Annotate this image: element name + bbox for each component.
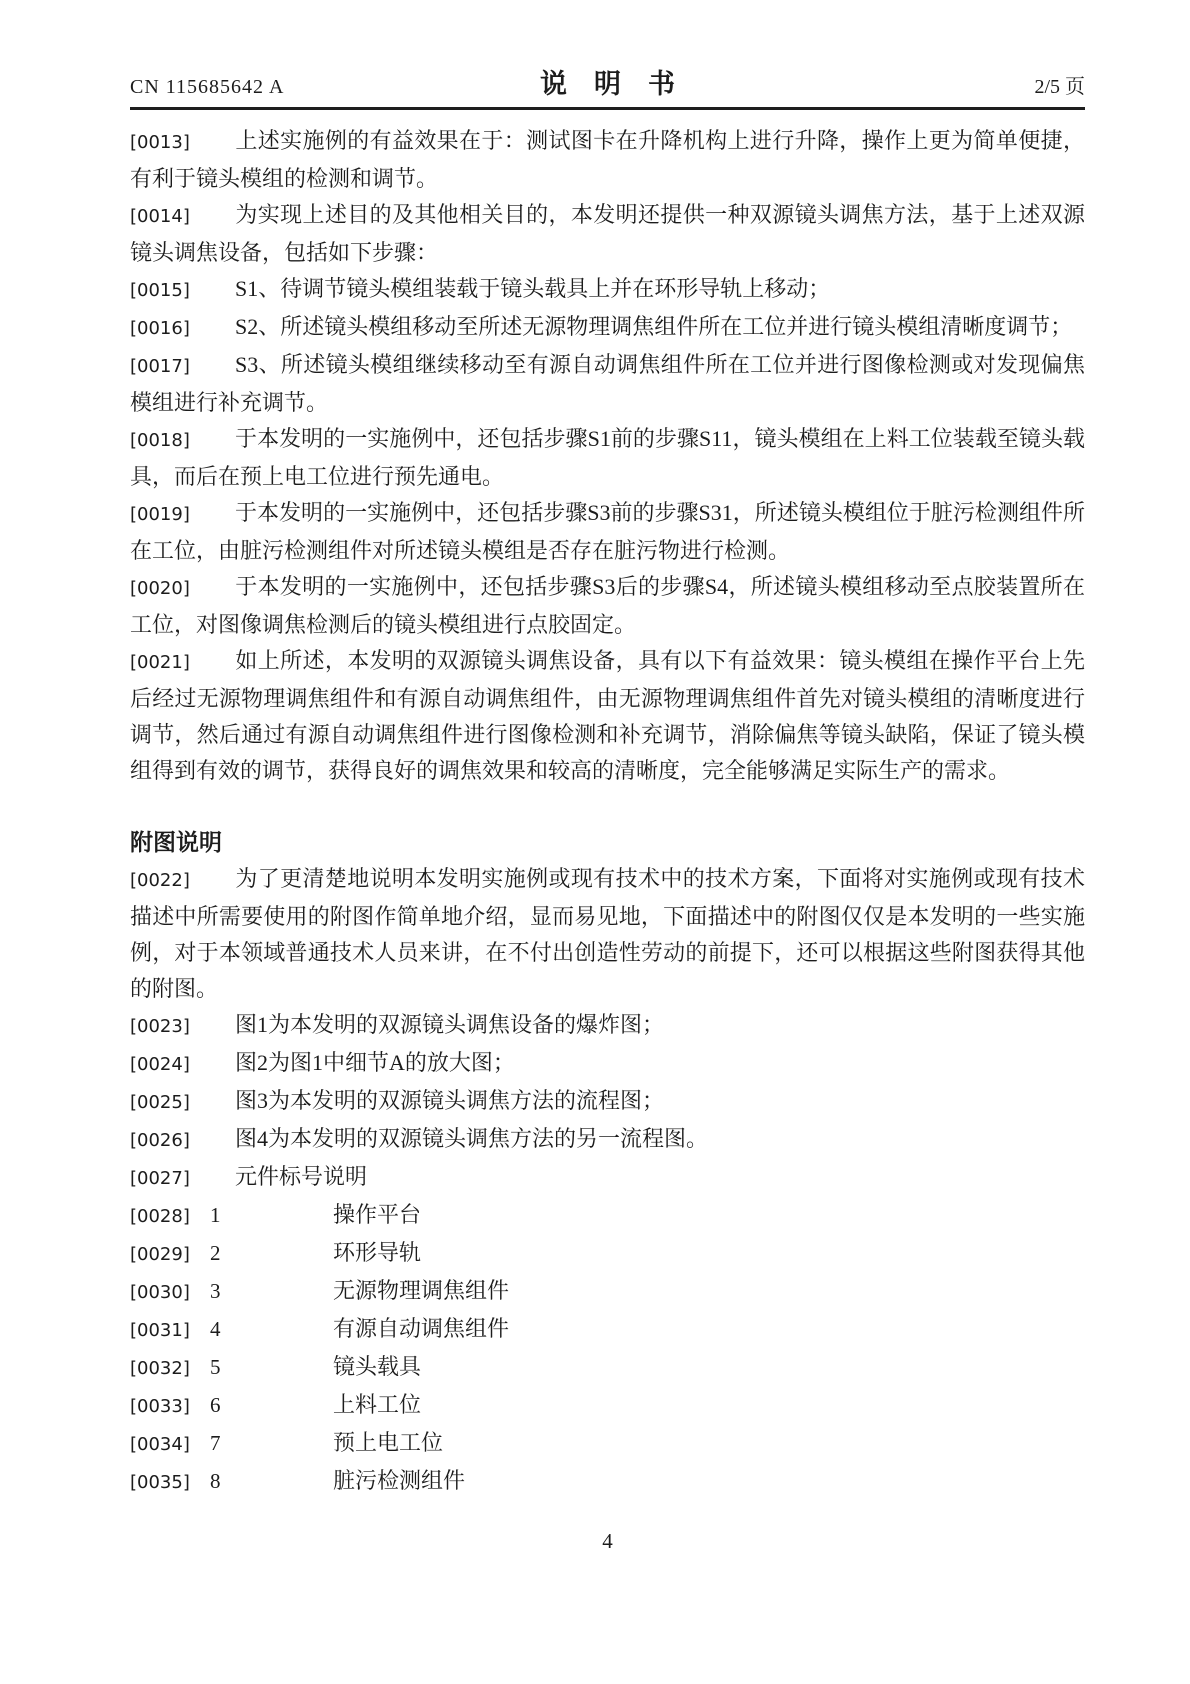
component-row-8: [0035]8脏污检测组件 (130, 1463, 1085, 1501)
patent-document-page: CN 115685642 A 说 明 书 2/5 页 [0013]上述实施例的有… (0, 0, 1190, 1684)
component-number: 3 (210, 1273, 333, 1309)
document-body: [0013]上述实施例的有益效果在于：测试图卡在升降机构上进行升降，操作上更为简… (130, 110, 1085, 1554)
component-row-7: [0034]7预上电工位 (130, 1425, 1085, 1463)
paragraph-text: S2、所述镜头模组移动至所述无源物理调焦组件所在工位并进行镜头模组清晰度调节； (235, 314, 1072, 339)
paragraph-0026: [0026]图4为本发明的双源镜头调焦方法的另一流程图。 (130, 1121, 1085, 1159)
paragraph-tag: [0028] (130, 1199, 210, 1235)
paragraph-tag: [0031] (130, 1313, 210, 1349)
component-row-4: [0031]4有源自动调焦组件 (130, 1311, 1085, 1349)
paragraph-tag: [0027] (130, 1161, 235, 1197)
paragraph-tag: [0025] (130, 1085, 235, 1121)
page-number-footer: 4 (130, 1529, 1085, 1554)
paragraph-text: 图4为本发明的双源镜头调焦方法的另一流程图。 (235, 1126, 708, 1151)
paragraph-text: 元件标号说明 (235, 1164, 367, 1189)
component-number: 6 (210, 1387, 333, 1423)
paragraph-tag: [0018] (130, 423, 235, 459)
paragraph-tag: [0026] (130, 1123, 235, 1159)
component-number: 1 (210, 1197, 333, 1233)
paragraph-tag: [0021] (130, 645, 235, 681)
component-name: 镜头载具 (333, 1354, 421, 1379)
paragraph-text: 为实现上述目的及其他相关目的，本发明还提供一种双源镜头调焦方法，基于上述双源镜头… (130, 202, 1085, 265)
paragraph-0013: [0013]上述实施例的有益效果在于：测试图卡在升降机构上进行升降，操作上更为简… (130, 123, 1085, 197)
component-name: 环形导轨 (333, 1240, 421, 1265)
paragraph-tag: [0023] (130, 1009, 235, 1045)
paragraph-text: S1、待调节镜头模组装载于镜头载具上并在环形导轨上移动； (235, 276, 830, 301)
paragraph-tag: [0029] (130, 1237, 210, 1273)
paragraph-text: 于本发明的一实施例中，还包括步骤S3前的步骤S31，所述镜头模组位于脏污检测组件… (130, 500, 1085, 563)
paragraph-0027: [0027]元件标号说明 (130, 1159, 1085, 1197)
paragraph-text: 上述实施例的有益效果在于：测试图卡在升降机构上进行升降，操作上更为简单便捷，有利… (130, 128, 1085, 191)
paragraph-0016: [0016]S2、所述镜头模组移动至所述无源物理调焦组件所在工位并进行镜头模组清… (130, 309, 1085, 347)
paragraph-text: 图3为本发明的双源镜头调焦方法的流程图； (235, 1088, 664, 1113)
component-number: 2 (210, 1235, 333, 1271)
paragraph-tag: [0030] (130, 1275, 210, 1311)
paragraph-0023: [0023]图1为本发明的双源镜头调焦设备的爆炸图； (130, 1007, 1085, 1045)
component-row-3: [0030]3无源物理调焦组件 (130, 1273, 1085, 1311)
component-name: 有源自动调焦组件 (333, 1316, 509, 1341)
page-header: CN 115685642 A 说 明 书 2/5 页 (130, 0, 1085, 110)
paragraph-0025: [0025]图3为本发明的双源镜头调焦方法的流程图； (130, 1083, 1085, 1121)
paragraph-tag: [0015] (130, 273, 235, 309)
paragraph-text: 于本发明的一实施例中，还包括步骤S3后的步骤S4，所述镜头模组移动至点胶装置所在… (130, 574, 1085, 637)
paragraph-tag: [0035] (130, 1465, 210, 1501)
paragraph-tag: [0017] (130, 349, 235, 385)
component-name: 操作平台 (333, 1202, 421, 1227)
paragraph-0015: [0015]S1、待调节镜头模组装载于镜头载具上并在环形导轨上移动； (130, 271, 1085, 309)
paragraph-0017: [0017]S3、所述镜头模组继续移动至有源自动调焦组件所在工位并进行图像检测或… (130, 347, 1085, 421)
paragraph-tag: [0016] (130, 311, 235, 347)
component-number: 5 (210, 1349, 333, 1385)
component-name: 无源物理调焦组件 (333, 1278, 509, 1303)
component-row-5: [0032]5镜头载具 (130, 1349, 1085, 1387)
paragraph-tag: [0032] (130, 1351, 210, 1387)
paragraph-tag: [0033] (130, 1389, 210, 1425)
paragraph-tag: [0019] (130, 497, 235, 533)
paragraph-0022: [0022]为了更清楚地说明本发明实施例或现有技术中的技术方案，下面将对实施例或… (130, 861, 1085, 1007)
paragraph-tag: [0013] (130, 125, 235, 161)
paragraph-0024: [0024]图2为图1中细节A的放大图； (130, 1045, 1085, 1083)
component-name: 上料工位 (333, 1392, 421, 1417)
paragraph-tag: [0020] (130, 571, 235, 607)
paragraph-tag: [0014] (130, 199, 235, 235)
paragraph-text: 图1为本发明的双源镜头调焦设备的爆炸图； (235, 1012, 664, 1037)
page-indicator: 2/5 页 (1034, 70, 1085, 99)
paragraph-0019: [0019]于本发明的一实施例中，还包括步骤S3前的步骤S31，所述镜头模组位于… (130, 495, 1085, 569)
paragraph-0018: [0018]于本发明的一实施例中，还包括步骤S1前的步骤S11，镜头模组在上料工… (130, 421, 1085, 495)
paragraph-0014: [0014]为实现上述目的及其他相关目的，本发明还提供一种双源镜头调焦方法，基于… (130, 197, 1085, 271)
paragraph-0020: [0020]于本发明的一实施例中，还包括步骤S3后的步骤S4，所述镜头模组移动至… (130, 569, 1085, 643)
component-row-6: [0033]6上料工位 (130, 1387, 1085, 1425)
document-title: 说 明 书 (130, 62, 1085, 101)
section-heading-figure-description: 附图说明 (130, 825, 1085, 861)
component-name: 脏污检测组件 (333, 1468, 465, 1493)
component-name: 预上电工位 (333, 1430, 443, 1455)
paragraph-tag: [0034] (130, 1427, 210, 1463)
paragraph-text: 为了更清楚地说明本发明实施例或现有技术中的技术方案，下面将对实施例或现有技术描述… (130, 866, 1085, 1001)
paragraph-text: 图2为图1中细节A的放大图； (235, 1050, 515, 1075)
paragraph-tag: [0022] (130, 863, 235, 899)
paragraph-text: S3、所述镜头模组继续移动至有源自动调焦组件所在工位并进行图像检测或对发现偏焦模… (130, 352, 1085, 415)
paragraph-tag: [0024] (130, 1047, 235, 1083)
paragraph-text: 于本发明的一实施例中，还包括步骤S1前的步骤S11，镜头模组在上料工位装载至镜头… (130, 426, 1085, 489)
paragraph-text: 如上所述，本发明的双源镜头调焦设备，具有以下有益效果：镜头模组在操作平台上先后经… (130, 648, 1085, 783)
component-number: 7 (210, 1425, 333, 1461)
component-number: 4 (210, 1311, 333, 1347)
component-row-2: [0029]2环形导轨 (130, 1235, 1085, 1273)
paragraph-0021: [0021]如上所述，本发明的双源镜头调焦设备，具有以下有益效果：镜头模组在操作… (130, 643, 1085, 789)
component-number: 8 (210, 1463, 333, 1499)
component-row-1: [0028]1操作平台 (130, 1197, 1085, 1235)
